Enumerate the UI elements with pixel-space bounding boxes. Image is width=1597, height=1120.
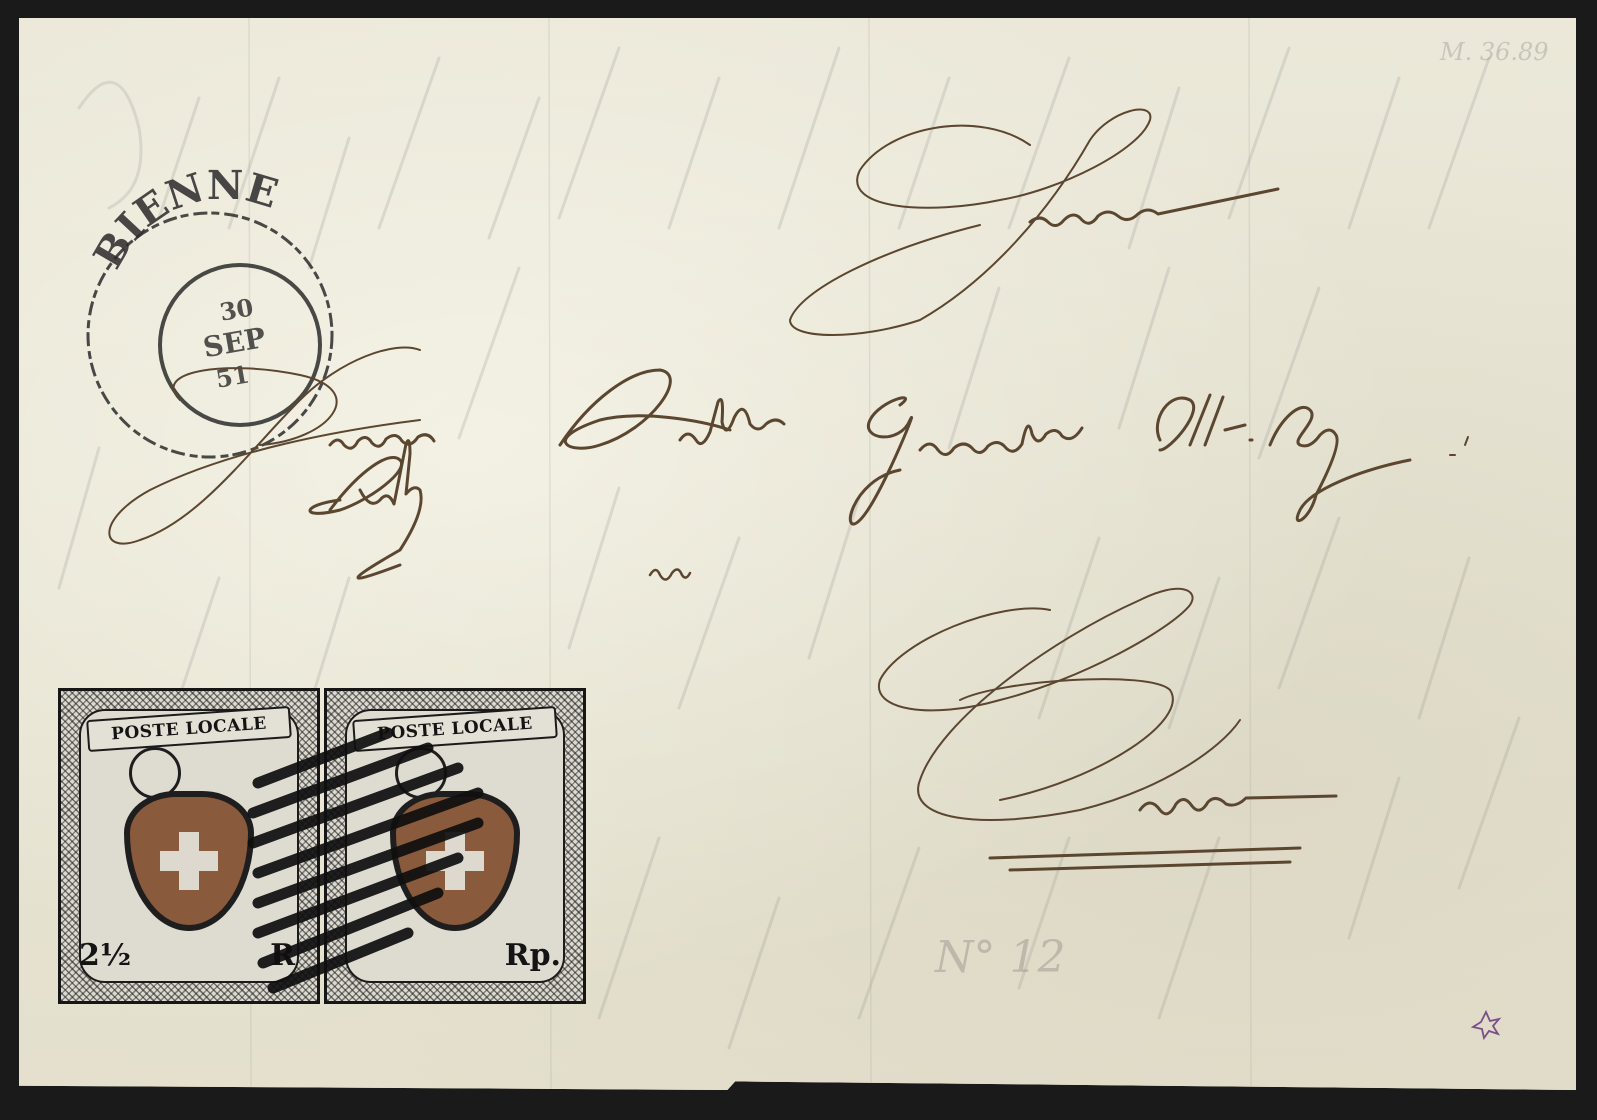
- bienne-postmark: BIENNE 30 SEP 51: [84, 162, 332, 457]
- svg-text:BIENNE: BIENNE: [84, 162, 283, 276]
- pencil-note-top-right: M. 36.89: [1439, 38, 1549, 66]
- grid-cancellation: [58, 688, 588, 1008]
- postmark-month: SEP: [201, 321, 268, 364]
- stamp-pair: POSTE LOCALE 2½ R POSTE LOCALE Rp.: [58, 688, 588, 1008]
- pencil-note-number: N° 12: [934, 932, 1065, 983]
- postmark-day: 30: [218, 292, 256, 326]
- postmark-town: BIENNE: [84, 162, 283, 276]
- postmark-year: 51: [214, 359, 252, 393]
- expert-star-icon: [1473, 1012, 1499, 1038]
